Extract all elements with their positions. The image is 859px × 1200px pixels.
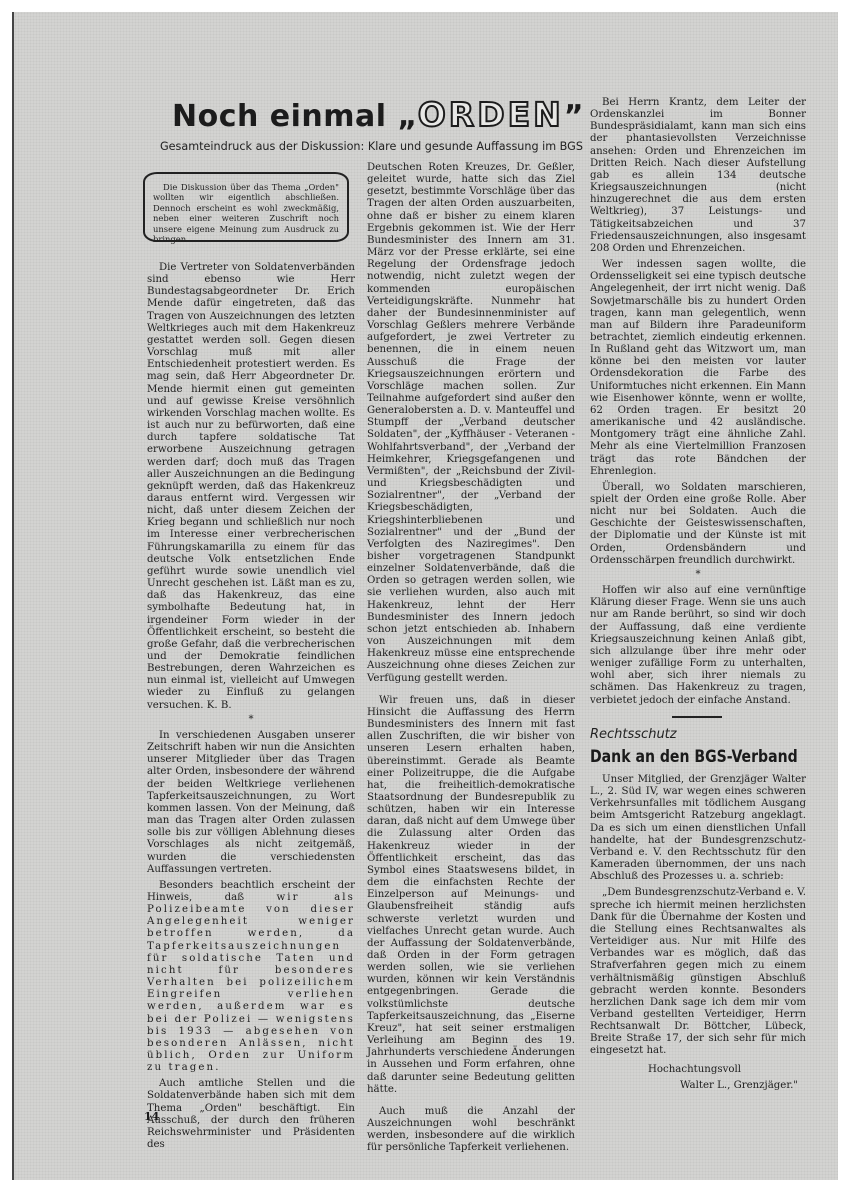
paragraph: Die Vertreter von Soldatenverbänden sind… bbox=[147, 262, 355, 712]
section-separator: * bbox=[147, 714, 355, 726]
article-column-1: Die Vertreter von Soldatenverbänden sind… bbox=[147, 262, 355, 1151]
paragraph: Wer indessen sagen wollte, die Ordenssel… bbox=[590, 259, 806, 478]
paragraph: Auch muß die Anzahl der Auszeichnungen w… bbox=[367, 1106, 575, 1155]
paragraph: Überall, wo Soldaten marschieren, spielt… bbox=[590, 482, 806, 567]
paragraph: Auch amtliche Stellen und die Soldatenve… bbox=[147, 1078, 355, 1151]
paragraph: Besonders beachtlich erscheint der Hinwe… bbox=[147, 880, 355, 1075]
quoted-letter: „Dem Bundesgrenzschutz-Verband e. V. spr… bbox=[590, 887, 806, 1057]
sidebar-article-body: Unser Mitglied, der Grenzjäger Walter L.… bbox=[590, 774, 806, 1092]
paragraph: Deutschen Roten Kreuzes, Dr. Geßler, gel… bbox=[367, 162, 575, 685]
article-divider bbox=[672, 716, 722, 718]
article-headline: Noch einmal „ORDEN” bbox=[172, 95, 572, 134]
page-number: 14 bbox=[144, 1110, 159, 1123]
paragraph: In verschiedenen Ausgaben unserer Zeitsc… bbox=[147, 730, 355, 876]
headline-suffix: ” bbox=[564, 99, 584, 134]
sidebar-article-title: Dank an den BGS-Verband bbox=[590, 747, 798, 767]
paragraph: Hoffen wir also auf eine vernünftige Klä… bbox=[590, 585, 806, 707]
headline-prefix: Noch einmal „ bbox=[172, 99, 418, 134]
article-column-2: Deutschen Roten Kreuzes, Dr. Geßler, gel… bbox=[367, 162, 575, 1155]
editor-note-text: Die Diskussion über das Thema „Orden" wo… bbox=[153, 182, 339, 244]
section-rubric: Rechtsschutz bbox=[590, 727, 677, 742]
article-column-3: Bei Herrn Krantz, dem Leiter der Ordensk… bbox=[590, 97, 806, 707]
article-subtitle: Gesamteindruck aus der Diskussion: Klare… bbox=[160, 140, 580, 153]
section-separator: * bbox=[590, 569, 806, 581]
letter-greeting: Hochachtungsvoll bbox=[590, 1064, 806, 1076]
paragraph: Unser Mitglied, der Grenzjäger Walter L.… bbox=[590, 774, 806, 883]
emphasized-text: wir als Polizeibeamte von dieser Angeleg… bbox=[147, 892, 355, 1073]
editor-note-box: Die Diskussion über das Thema „Orden" wo… bbox=[143, 172, 349, 242]
paragraph: Bei Herrn Krantz, dem Leiter der Ordensk… bbox=[590, 97, 806, 255]
letter-signature: Walter L., Grenzjäger." bbox=[590, 1080, 806, 1092]
paragraph: Wir freuen uns, daß in dieser Hinsicht d… bbox=[367, 695, 575, 1096]
headline-highlight: ORDEN bbox=[418, 95, 564, 134]
